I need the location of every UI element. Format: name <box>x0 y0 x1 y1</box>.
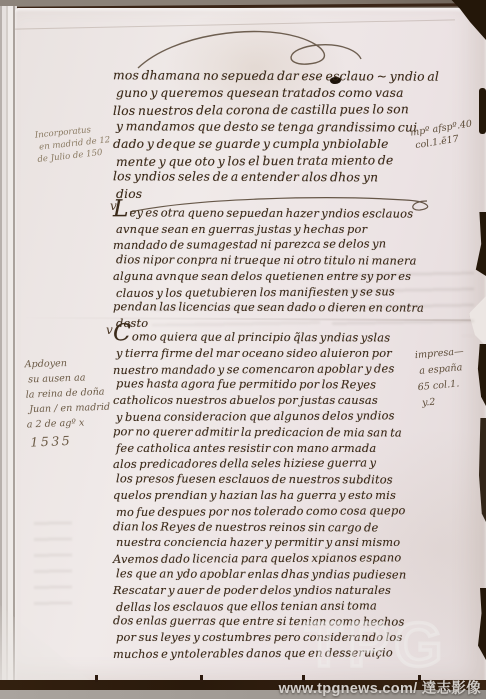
manuscript-line: y tierra firme del mar oceano sideo alui… <box>116 346 451 362</box>
manuscript-paragraph: mos dhamana no sepueda dar ese esclauo ~… <box>113 68 451 203</box>
paragraph-mark: v <box>106 323 113 337</box>
manuscript-line: y mandamos que desto se tenga grandissim… <box>116 118 451 136</box>
manuscript-line: mo fue despues por nos tolerado como cos… <box>116 503 451 521</box>
manuscript-line: 1535 <box>30 431 111 449</box>
manuscript-line: Como quiera que al principio q̃las yndia… <box>113 327 451 346</box>
manuscript-line: alguna avnque sean delos quetienen entre… <box>113 269 451 285</box>
margin-note-right-middle: impresa—a españa65 col.1.y.2 <box>414 344 468 412</box>
manuscript-line: por no querer admitir la predicacion de … <box>113 424 451 441</box>
manuscript-line: Rescatar y auer de poder delos yndios na… <box>113 583 451 599</box>
manuscript-line: nuestra conciencia hazer y permitir y an… <box>116 535 451 551</box>
manuscript-line: y buena consideracion que algunos delos … <box>116 408 451 426</box>
manuscript-line: guno y queremos quesean tratados como va… <box>116 85 451 102</box>
manuscript-line: Apdoyen <box>24 355 108 373</box>
tpg-watermark-logo: TPG <box>305 616 485 676</box>
manuscript-line: los presos fuesen esclauos de nuestros s… <box>116 471 451 488</box>
manuscript-line: catholicos nuestros abuelos por justas c… <box>113 393 451 409</box>
manuscript-line: quelos prendian y hazian las ha guerra y… <box>113 488 451 504</box>
stock-agency-credit: www.tpgnews.com/ 達志影像 <box>279 677 481 698</box>
manuscript-line: Ley es otra queno sepuedan hazer yndios … <box>113 203 451 222</box>
binding-tick <box>95 675 98 682</box>
manuscript-line: a 2 de agº x <box>27 415 111 433</box>
manuscript-line: mandado de sumagestad ni parezca se delo… <box>113 236 451 254</box>
manuscript-line: dios <box>116 186 451 203</box>
manuscript-line: Juan / en madrid <box>29 400 110 417</box>
manuscript-photo: v v mos dhamana no sepueda dar ese escla… <box>0 0 486 699</box>
manuscript-line: les que an ydo apoblar enlas dhas yndias… <box>116 566 451 583</box>
manuscript-paragraph: Ley es otra queno sepuedan hazer yndios … <box>113 204 451 332</box>
manuscript-line: fee catholica antes resistir con mano ar… <box>116 441 451 457</box>
manuscript-line: mos dhamana no sepueda dar ese esclauo ~… <box>113 67 451 85</box>
binding-tick <box>200 675 203 682</box>
manuscript-line: los yndios seles de a entender alos dhos… <box>113 169 451 187</box>
manuscript-line: dian los Reyes de nuestros reinos sin ca… <box>113 519 451 536</box>
manuscript-line: pendan las licencias que sean dado o die… <box>113 299 451 316</box>
manuscript-line: pues hasta agora fue permitido por los R… <box>116 377 451 394</box>
ink-bleedthrough <box>34 514 72 612</box>
margin-note-left-middle: Apdoyensu ausen aala reina de doñaJuan /… <box>24 355 111 450</box>
manuscript-line: llos nuestros dela corona de castilla pu… <box>113 101 451 120</box>
manuscript-line: dado y deque se guarde y cumpla ynbiolab… <box>113 136 451 153</box>
torn-edge-patch <box>479 88 486 134</box>
manuscript-line: avnque sean en guerras justas y hechas p… <box>116 222 451 238</box>
manuscript-line: Avemos dado licencia para quelos xpianos… <box>113 550 451 568</box>
manuscript-line: dios nipor conpra ni trueque ni otro tit… <box>116 252 451 269</box>
